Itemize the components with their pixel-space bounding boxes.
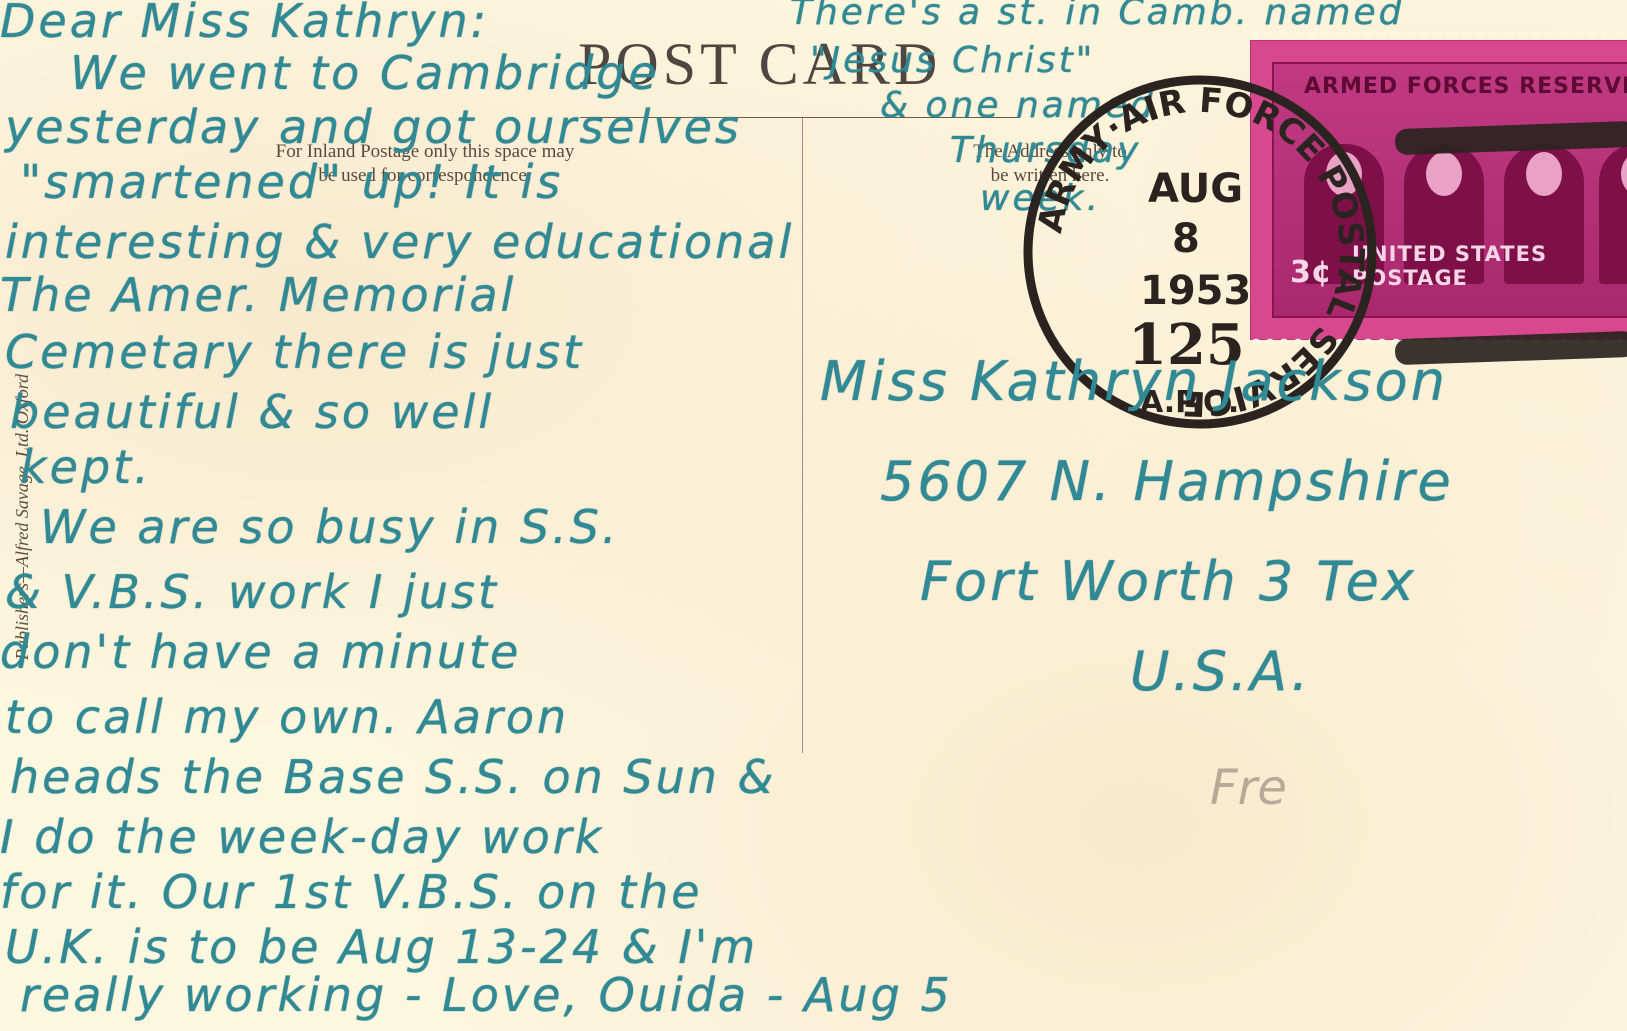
postmark-year: 1953 bbox=[1140, 268, 1251, 314]
message-line: I do the week-day work bbox=[0, 810, 604, 864]
pencil-note: Fre bbox=[1210, 760, 1287, 816]
message-line: & V.B.S. work I just bbox=[5, 565, 499, 619]
message-line: U.K. is to be Aug 13-24 & I'm bbox=[5, 920, 758, 974]
message-line: interesting & very educational bbox=[5, 215, 794, 269]
message-line: to call my own. Aaron bbox=[5, 690, 569, 744]
center-divider bbox=[802, 118, 803, 753]
message-line: beautiful & so well bbox=[10, 385, 494, 439]
address-line-city: Fort Worth 3 Tex bbox=[920, 550, 1417, 613]
message-line: We are so busy in S.S. bbox=[40, 500, 620, 554]
message-line: The Amer. Memorial bbox=[0, 268, 516, 322]
message-line: kept. bbox=[20, 440, 152, 494]
stamp-bottom-text: UNITED STATES POSTAGE bbox=[1352, 242, 1627, 290]
message-line: heads the Base S.S. on Sun & bbox=[10, 750, 776, 804]
message-line: Dear Miss Kathryn: bbox=[0, 0, 489, 48]
margin-note-line: There's a st. in Camb. named bbox=[790, 0, 1404, 33]
message-line: for it. Our 1st V.B.S. on the bbox=[0, 865, 703, 919]
postmark-day: 8 bbox=[1172, 216, 1200, 262]
address-line-country: U.S.A. bbox=[1130, 640, 1311, 703]
address-line-name: Miss Kathryn Jackson bbox=[820, 350, 1448, 413]
message-line: don't have a minute bbox=[0, 625, 521, 679]
message-line: Cemetary there is just bbox=[5, 325, 584, 379]
message-line: really working - Love, Ouida - Aug 5 bbox=[20, 968, 953, 1022]
postcard-back: POST CARD For Inland Postage only this s… bbox=[0, 0, 1627, 1031]
message-line: yesterday and got ourselves bbox=[5, 100, 742, 154]
postmark-month: AUG bbox=[1148, 166, 1243, 212]
message-line: We went to Cambridge bbox=[70, 46, 660, 100]
message-line: "smartened" up! It is bbox=[20, 155, 563, 209]
address-line-street: 5607 N. Hampshire bbox=[880, 450, 1454, 513]
